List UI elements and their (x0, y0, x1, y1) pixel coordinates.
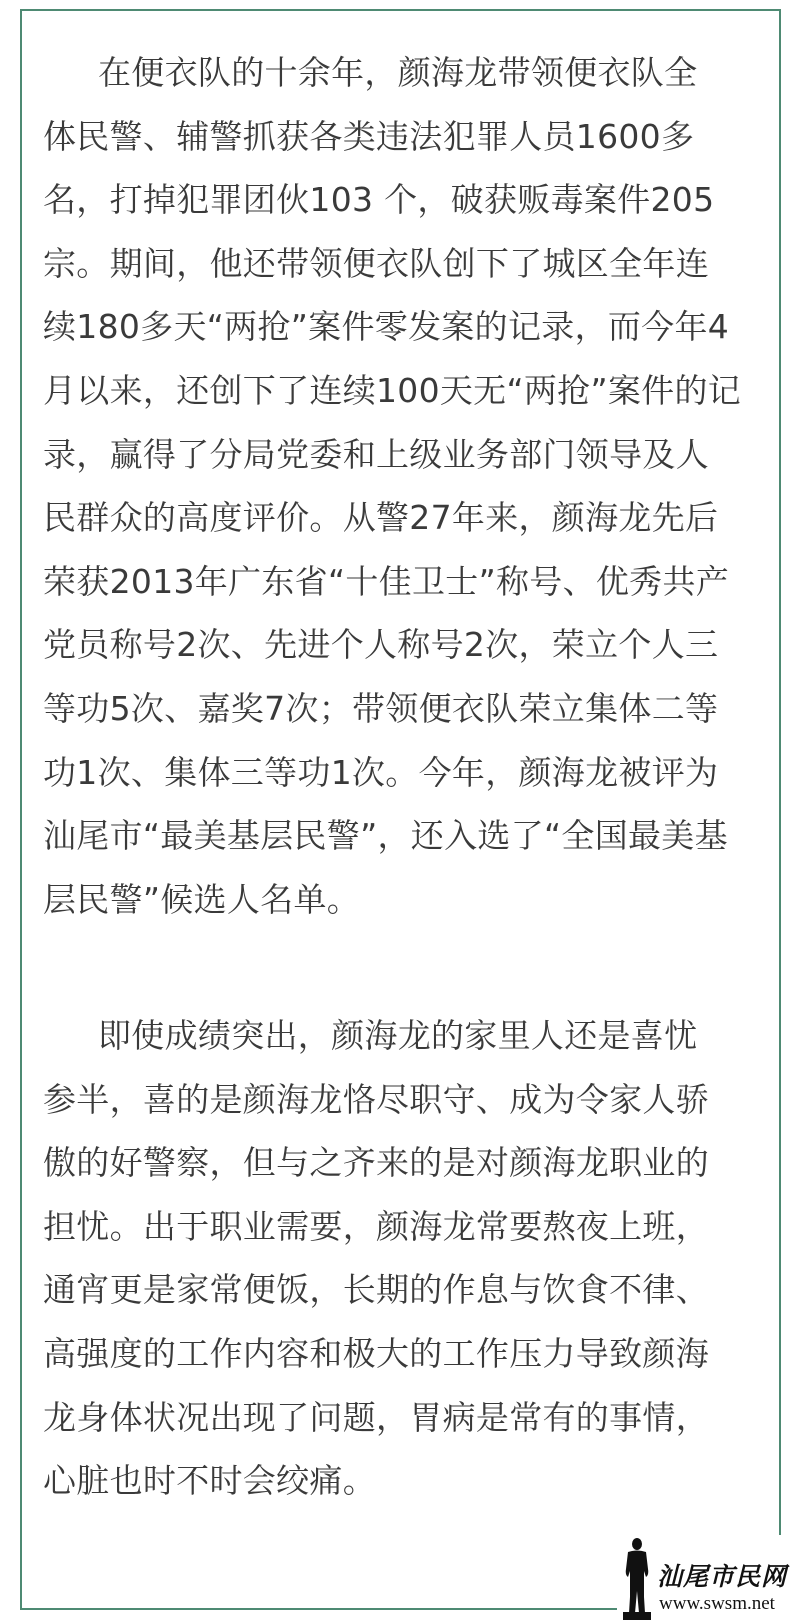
paragraph-line: 民群众的高度评价。从警27年来，颜海龙先后 (43, 486, 733, 550)
paragraph-line: 续180多天“两抢”案件零发案的记录，而今年4 (43, 295, 733, 359)
paragraph-line: 功1次、集体三等功1次。今年，颜海龙被评为 (43, 741, 733, 805)
paragraph-line: 即使成绩突出，颜海龙的家里人还是喜忧 (43, 1004, 733, 1068)
watermark-site-name: 汕尾市民网 (657, 1557, 787, 1593)
paragraph-line: 党员称号2次、先进个人称号2次，荣立个人三 (43, 613, 733, 677)
watermark-site-url: www.swsm.net (659, 1593, 775, 1615)
paragraph-line: 月以来，还创下了连续100天无“两抢”案件的记 (43, 359, 733, 423)
paragraph-line: 高强度的工作内容和极大的工作压力导致颜海 (43, 1322, 733, 1386)
paragraph-2: 即使成绩突出，颜海龙的家里人还是喜忧 参半，喜的是颜海龙恪尽职守、成为令家人骄 … (43, 1004, 733, 1513)
paragraph-line: 龙身体状况出现了问题，胃病是常有的事情， (43, 1386, 733, 1450)
paragraph-line: 等功5次、嘉奖7次；带领便衣队荣立集体二等 (43, 677, 733, 741)
paragraph-line: 层民警”候选人名单。 (43, 868, 733, 932)
paragraph-line: 心脏也时不时会绞痛。 (43, 1449, 733, 1513)
paragraph-line: 体民警、辅警抓获各类违法犯罪人员1600多 (43, 105, 733, 169)
paragraph-line: 录，赢得了分局党委和上级业务部门领导及人 (43, 423, 733, 487)
site-watermark: 汕尾市民网 www.swsm.net (617, 1535, 800, 1620)
paragraph-line: 通宵更是家常便饭，长期的作息与饮食不律、 (43, 1258, 733, 1322)
paragraph-line: 名，打掉犯罪团伙103 个，破获贩毒案件205 (43, 168, 733, 232)
paragraph-line: 担忧。出于职业需要，颜海龙常要熬夜上班， (43, 1195, 733, 1259)
standing-person-silhouette-icon (617, 1535, 657, 1620)
paragraph-line: 汕尾市“最美基层民警”，还入选了“全国最美基 (43, 804, 733, 868)
paragraph-line: 傲的好警察，但与之齐来的是对颜海龙职业的 (43, 1131, 733, 1195)
paragraph-line: 在便衣队的十余年，颜海龙带领便衣队全 (43, 41, 733, 105)
paragraph-line: 参半，喜的是颜海龙恪尽职守、成为令家人骄 (43, 1068, 733, 1132)
paragraph-1: 在便衣队的十余年，颜海龙带领便衣队全 体民警、辅警抓获各类违法犯罪人员1600多… (43, 41, 733, 931)
paragraph-line: 荣获2013年广东省“十佳卫士”称号、优秀共产 (43, 550, 733, 614)
paragraph-line: 宗。期间，他还带领便衣队创下了城区全年连 (43, 232, 733, 296)
